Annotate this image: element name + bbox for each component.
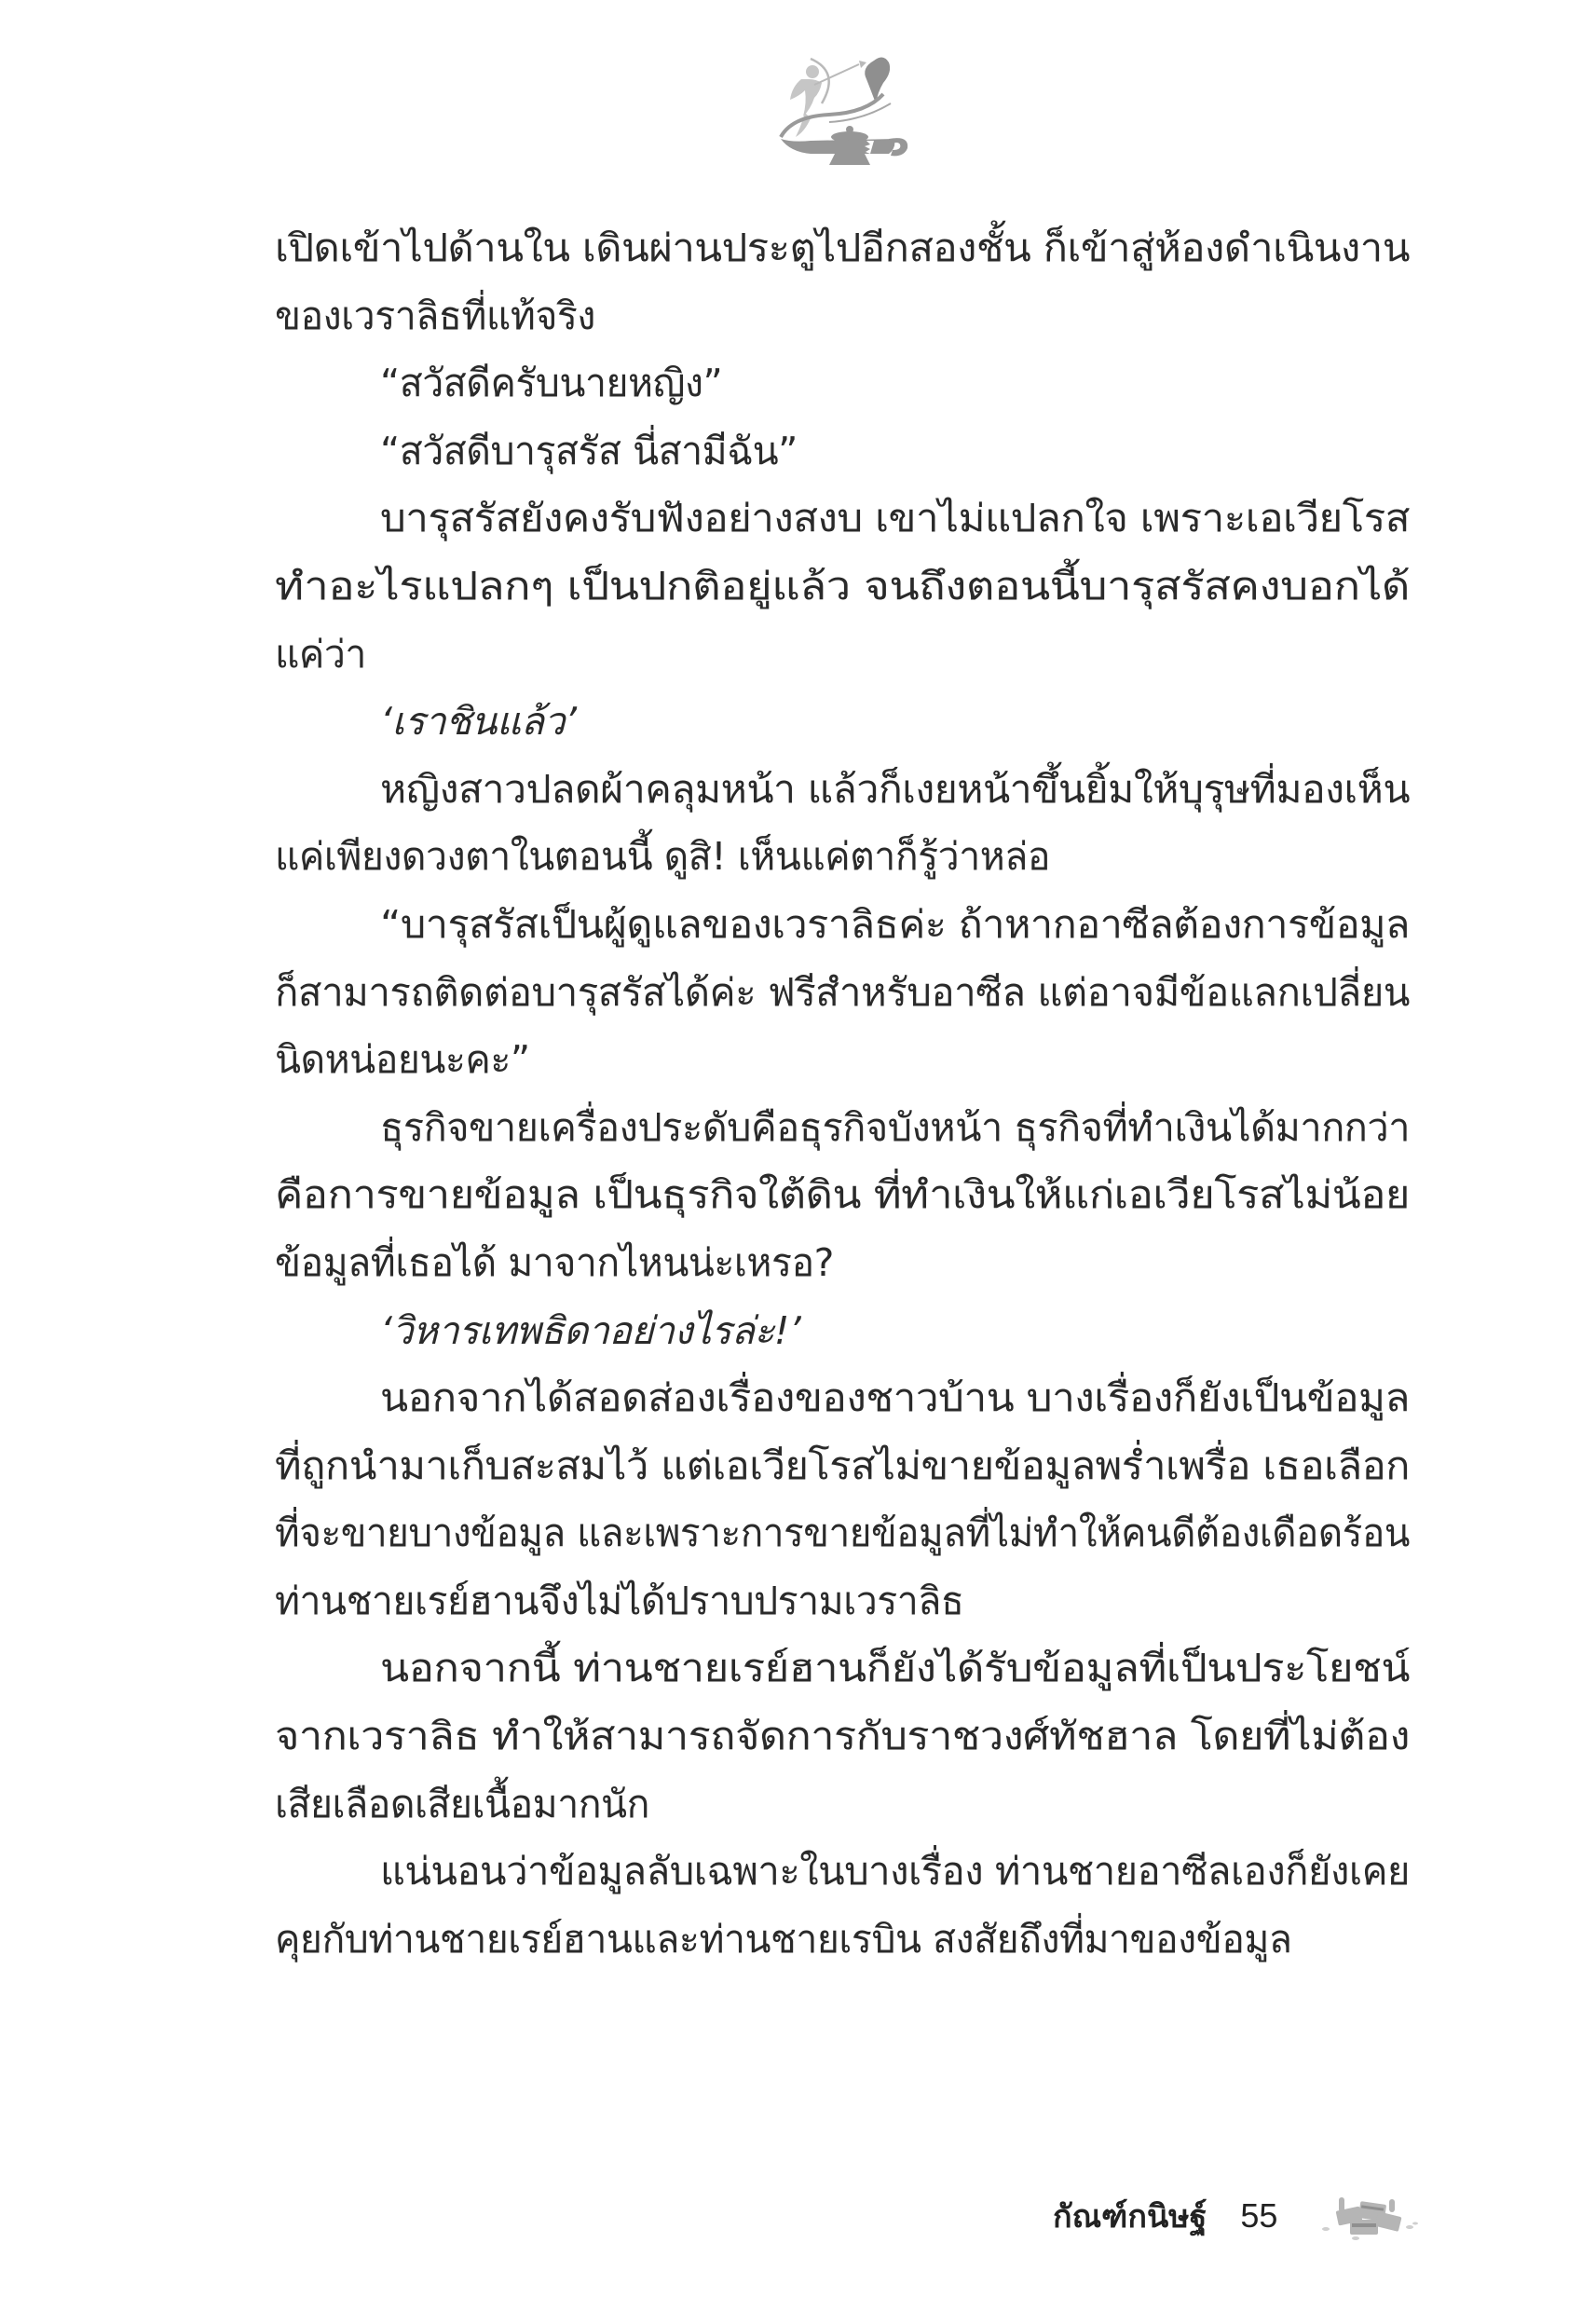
- paragraph-8-line-0: ‘วิหารเทพธิดาอย่างไรล่ะ!’: [275, 1297, 1412, 1365]
- paragraph-3-line-1: ทำอะไรแปลกๆ เป็นปกติอยู่แล้ว จนถึงตอนนี้…: [275, 553, 1412, 621]
- paragraph-5-line-0: หญิงสาวปลดผ้าคลุมหน้า แล้วก็เงยหน้าขึ้นย…: [275, 756, 1412, 824]
- paragraph-7-line-0: ธุรกิจขายเครื่องประดับคือธุรกิจบังหน้า ธ…: [275, 1094, 1412, 1162]
- paragraph-0-line-1: ของเวราลิธที่แท้จริง: [275, 282, 1412, 350]
- paragraph-6-line-0: “บารุสรัสเป็นผู้ดูแลของเวราลิธค่ะ ถ้าหาก…: [275, 891, 1412, 959]
- money-pile-icon: [1318, 2188, 1421, 2244]
- paragraph-7-line-2: ข้อมูลที่เธอได้ มาจากไหนน่ะเหรอ?: [275, 1229, 1412, 1297]
- paragraph-7-line-1: คือการขายข้อมูล เป็นธุรกิจใต้ดิน ที่ทำเง…: [275, 1161, 1412, 1229]
- chapter-body-text: เปิดเข้าไปด้านใน เดินผ่านประตูไปอีกสองชั…: [275, 214, 1412, 1973]
- paragraph-11-line-0: แน่นอนว่าข้อมูลลับเฉพาะในบางเรื่อง ท่านช…: [275, 1838, 1412, 1906]
- paragraph-3-line-2: แค่ว่า: [275, 621, 1412, 689]
- book-page: เปิดเข้าไปด้านใน เดินผ่านประตูไปอีกสองชั…: [0, 0, 1596, 2311]
- cupid-lamp-ornament-icon: [773, 51, 913, 172]
- paragraph-10-line-1: จากเวราลิธ ทำให้สามารถจัดการกับราชวงศ์ทั…: [275, 1702, 1412, 1771]
- paragraph-4-line-0: ‘เราชินแล้ว’: [275, 688, 1412, 756]
- paragraph-6-line-2: นิดหน่อยนะคะ”: [275, 1026, 1412, 1094]
- paragraph-6-line-1: ก็สามารถติดต่อบารุสรัสได้ค่ะ ฟรีสำหรับอา…: [275, 959, 1412, 1027]
- page-number: 55: [1240, 2196, 1277, 2236]
- paragraph-9-line-2: ที่จะขายบางข้อมูล และเพราะการขายข้อมูลที…: [275, 1499, 1412, 1567]
- paragraph-0-line-0: เปิดเข้าไปด้านใน เดินผ่านประตูไปอีกสองชั…: [275, 214, 1412, 282]
- book-title: กัณฑ์กนิษฐ์: [1053, 2191, 1207, 2241]
- page-footer: กัณฑ์กนิษฐ์ 55: [1053, 2183, 1421, 2249]
- paragraph-9-line-3: ท่านชายเรย์ฮานจึงไม่ได้ปราบปรามเวราลิธ: [275, 1567, 1412, 1635]
- paragraph-11-line-1: คุยกับท่านชายเรย์ฮานและท่านชายเรบิน สงสั…: [275, 1906, 1412, 1974]
- paragraph-2-line-0: “สวัสดีบารุสรัส นี่สามีฉัน”: [275, 417, 1412, 485]
- paragraph-3-line-0: บารุสรัสยังคงรับฟังอย่างสงบ เขาไม่แปลกใจ…: [275, 485, 1412, 553]
- paragraph-1-line-0: “สวัสดีครับนายหญิง”: [275, 349, 1412, 417]
- paragraph-10-line-2: เสียเลือดเสียเนื้อมากนัก: [275, 1771, 1412, 1839]
- paragraph-10-line-0: นอกจากนี้ ท่านชายเรย์ฮานก็ยังได้รับข้อมู…: [275, 1634, 1412, 1702]
- paragraph-5-line-1: แค่เพียงดวงตาในตอนนี้ ดูสิ! เห็นแค่ตาก็ร…: [275, 823, 1412, 891]
- paragraph-9-line-0: นอกจากได้สอดส่องเรื่องของชาวบ้าน บางเรื่…: [275, 1364, 1412, 1432]
- paragraph-9-line-1: ที่ถูกนำมาเก็บสะสมไว้ แต่เอเวียโรสไม่ขาย…: [275, 1432, 1412, 1500]
